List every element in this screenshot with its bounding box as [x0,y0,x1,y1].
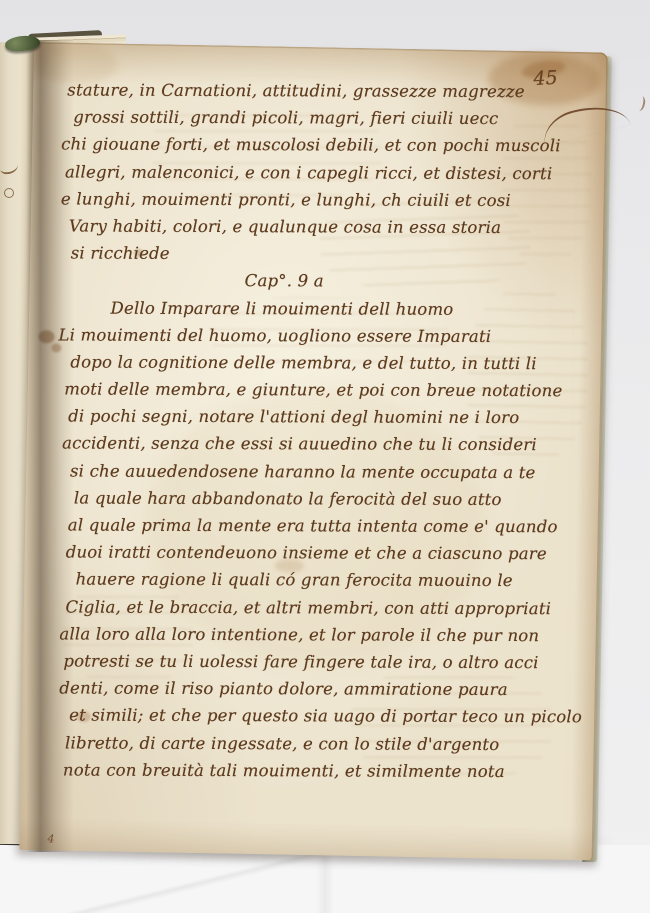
manuscript-line: allegri, malenconici, e con i capegli ri… [65,158,581,187]
manuscript-line: potresti se tu li uolessi fare fingere t… [63,647,579,676]
manuscript-line: Li mouimenti del huomo, uogliono essere … [58,321,580,350]
text-block: stature, in Carnationi, attitudini, gras… [57,76,581,785]
manuscript-line: si ricchiede [71,240,581,269]
manuscript-line: di pochi segni, notare l'attioni degl hu… [68,403,580,432]
manuscript-page: 45 stature, in Carnationi, attitudini, g… [19,42,608,860]
manuscript-line: stature, in Carnationi, attitudini, gras… [67,76,581,105]
manuscript-line: chi giouane forti, et muscolosi debili, … [61,131,581,160]
facing-page-ink-mark [0,159,19,175]
manuscript-line: e lunghi, mouimenti pronti, e lunghi, ch… [61,185,581,214]
manuscript-line: Vary habiti, colori, e qualunque cosa in… [69,212,581,241]
gutter-shadow [26,40,74,852]
chapter-heading: Cap°. 9 a [59,267,581,296]
manuscript-line: Ciglia, et le braccia, et altri membri, … [65,593,579,622]
manuscript-line: libretto, di carte ingessate, e con lo s… [65,729,579,758]
manuscript-line: nota con breuità tali mouimenti, et simi… [63,756,579,785]
backdrop-fold-shadow [316,853,334,913]
manuscript-line: moti delle membra, e giunture, et poi co… [64,376,580,405]
manuscript-line: si che auuedendosene haranno la mente oc… [70,457,580,486]
facing-page-ink-mark [4,188,14,198]
manuscript-line: denti, come il riso pianto dolore, ammir… [59,675,579,704]
backdrop-fold-shadow [50,853,350,913]
manuscript-line: duoi iratti contendeuono insieme et che … [66,539,580,568]
manuscript-line: alla loro alla loro intentione, et lor p… [59,620,579,649]
chapter-title: Dello Imparare li mouimenti dell huomo [59,294,581,323]
manuscript-line: dopo la cognitione delle membra, e del t… [70,348,580,377]
stray-ink-mark [635,95,647,112]
manuscript-line: la quale hara abbandonato la ferocità de… [74,484,580,513]
manuscript-line: accidenti, senza che essi si auuedino ch… [62,430,580,459]
manuscript-line: grossi sottili, grandi picoli, magri, fi… [73,104,581,133]
manuscript-line: hauere ragione li quali có gran ferocita… [76,566,580,595]
manuscript-line: et simili; et che per questo sia uago di… [69,702,579,731]
manuscript-line: al quale prima la mente era tutta intent… [68,512,580,541]
photograph: 45 stature, in Carnationi, attitudini, g… [0,0,650,913]
